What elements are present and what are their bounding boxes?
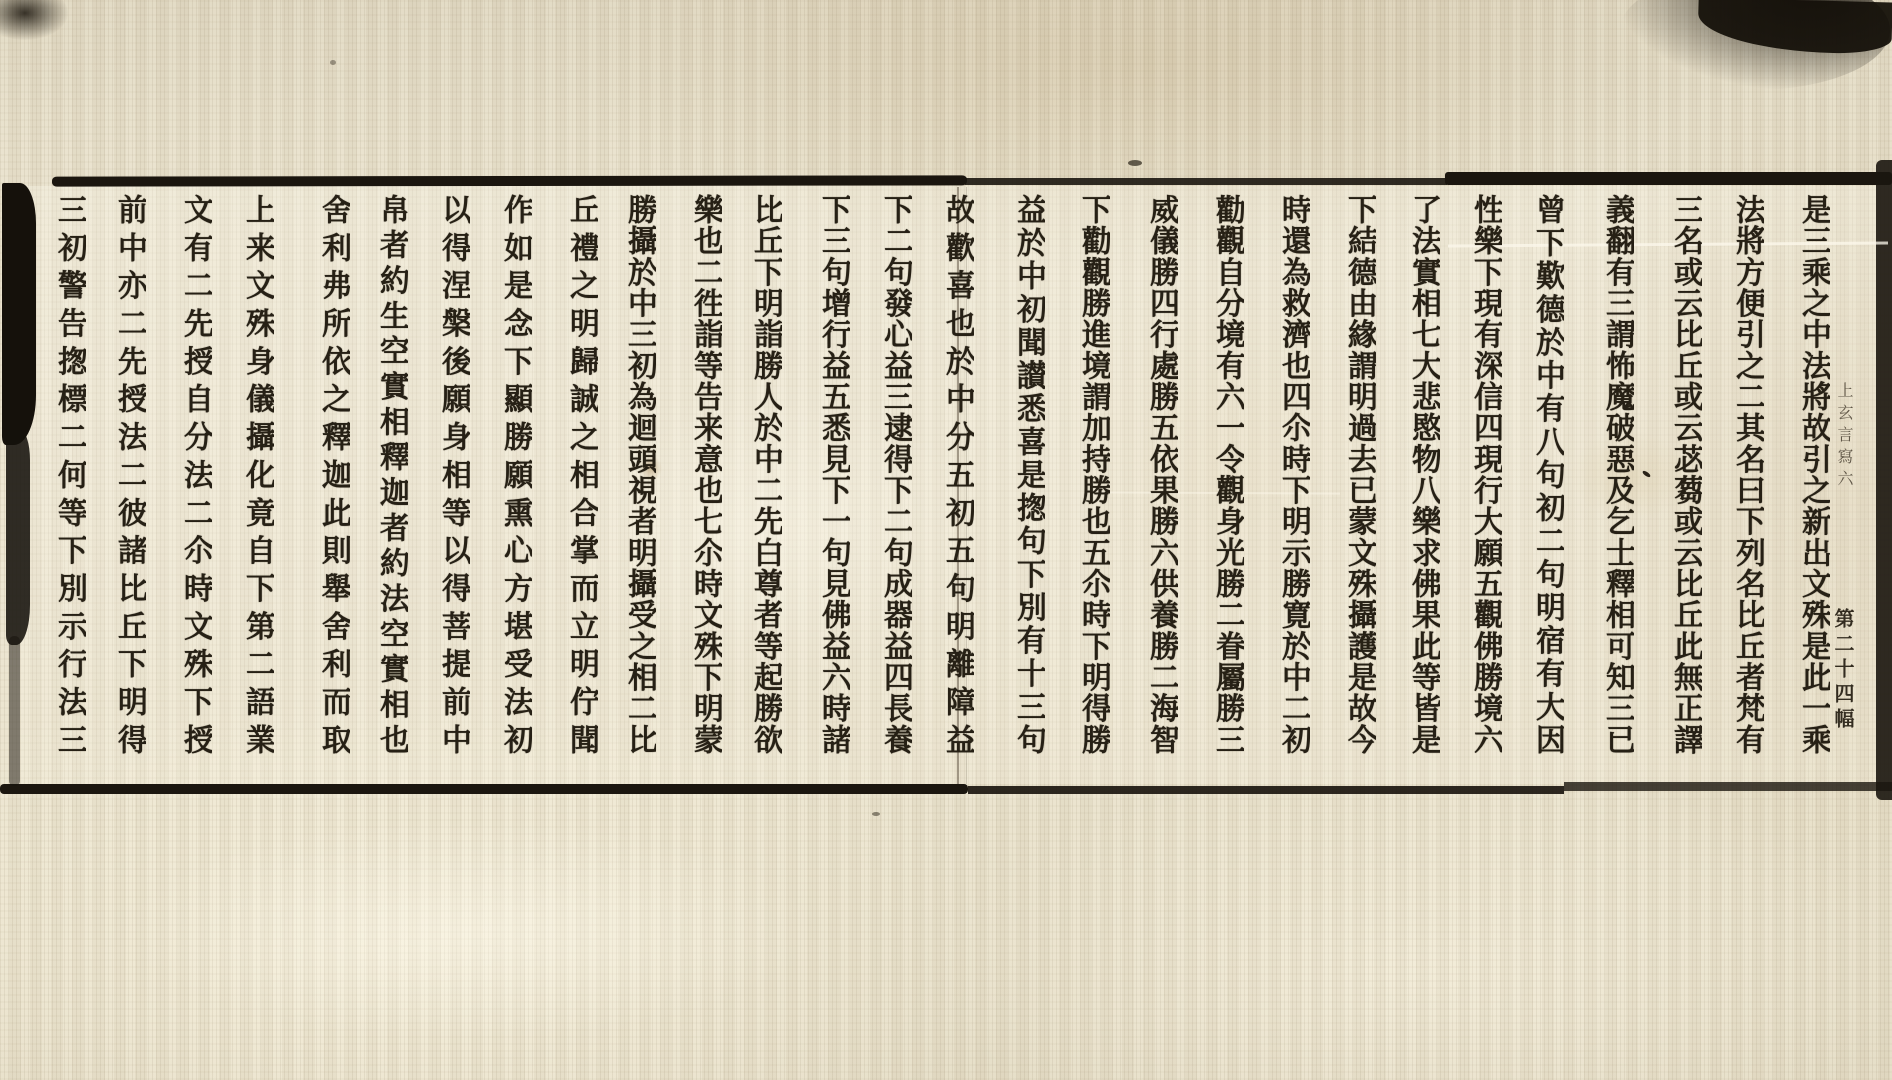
text-column: 丘禮之明歸誠之相合掌而立明佇聞 — [546, 194, 598, 786]
corner-smudge-top-right — [1697, 0, 1892, 55]
text-column: 勸觀自分境有六一令觀身光勝二眷屬勝三 — [1192, 194, 1244, 786]
text-column: 上来文殊身儀攝化竟自下第二語業 — [222, 194, 274, 786]
text-column: 法將方便引之二其名曰下列名比丘者梵有 — [1712, 194, 1764, 786]
text-column: 舍利弗所依之釋迦此則舉舍利而取 — [298, 194, 350, 786]
text-column: 三名或云比丘或云苾蒭或云比丘此無正譯 — [1650, 194, 1702, 786]
text-column: 三初警告揔標二何等下別示行法三 — [34, 194, 86, 786]
paper-stain — [120, 820, 820, 1040]
text-column: 下結德由緣謂明過去已蒙文殊攝護是故今 — [1324, 194, 1376, 786]
text-column: 文有二先授自分法二尒時文殊下授 — [160, 194, 212, 786]
text-column: 益於中初聞讃悉喜是揔句下別有十三句 — [993, 194, 1045, 786]
frame-left-border — [2, 183, 36, 445]
text-column: 義翻有三謂怖魔破惡及乞士釋相可知三已 — [1582, 194, 1634, 786]
text-column: 勝攝於中三初為迴頭視者明攝受之相二比 — [604, 194, 656, 786]
text-column: 下勸觀勝進境謂加持勝也五尒時下明得勝 — [1058, 194, 1110, 786]
text-column: 時還為救濟也四尒時下明示勝寛於中二初 — [1258, 194, 1310, 786]
ink-speck — [330, 60, 336, 65]
ink-speck — [872, 812, 880, 816]
text-column: 是三乘之中法將故引之新出文殊是此一乘 — [1778, 194, 1830, 786]
corner-smudge-top-left — [0, 0, 68, 40]
frame-top-border — [1445, 172, 1892, 185]
text-column: 了法實相七大悲愍物八樂求佛果此等皆是 — [1388, 194, 1440, 786]
frame-bottom-border — [968, 786, 1564, 794]
text-column: 帛者約生空實相釋迦者約法空實相也 — [356, 194, 408, 786]
margin-annotation: 上玄言寫六 — [1832, 382, 1855, 492]
text-column: 故歡喜也於中分五初五句明離障益 — [922, 194, 974, 786]
text-column: 下三句增行益五悉見下一句見佛益六時諸 — [798, 194, 850, 786]
text-column: 比丘下明詣勝人於中二先白尊者等起勝欲 — [730, 194, 782, 786]
text-column: 下二句發心益三逮得下二句成器益四長養 — [860, 194, 912, 786]
ink-speck — [1128, 160, 1142, 166]
text-column: 作如是念下顯勝願熏心方堪受法初 — [480, 194, 532, 786]
frame-right-border — [1876, 160, 1892, 800]
text-column: 樂也二徃詣等告来意也七尒時文殊下明蒙 — [670, 194, 722, 786]
sheet-number-label: 第二十四幅 — [1828, 608, 1857, 733]
text-column: 曾下歎德於中有八句初二句明宿有大因 — [1512, 194, 1564, 786]
manuscript-page: 是三乘之中法將故引之新出文殊是此一乘 法將方便引之二其名曰下列名比丘者梵有 三名… — [0, 0, 1892, 1080]
text-column: 前中亦二先授法二彼諸比丘下明得 — [94, 194, 146, 786]
frame-top-border — [52, 175, 967, 186]
frame-top-border — [965, 178, 1447, 185]
frame-left-border — [6, 430, 30, 645]
text-column: 性樂下現有深信四現行大願五觀佛勝境六 — [1450, 194, 1502, 786]
text-column: 威儀勝四行處勝五依果勝六供養勝二海智 — [1126, 194, 1178, 786]
text-column: 以得涅槃後願身相等以得菩提前中 — [418, 194, 470, 786]
frame-left-border — [9, 636, 20, 786]
